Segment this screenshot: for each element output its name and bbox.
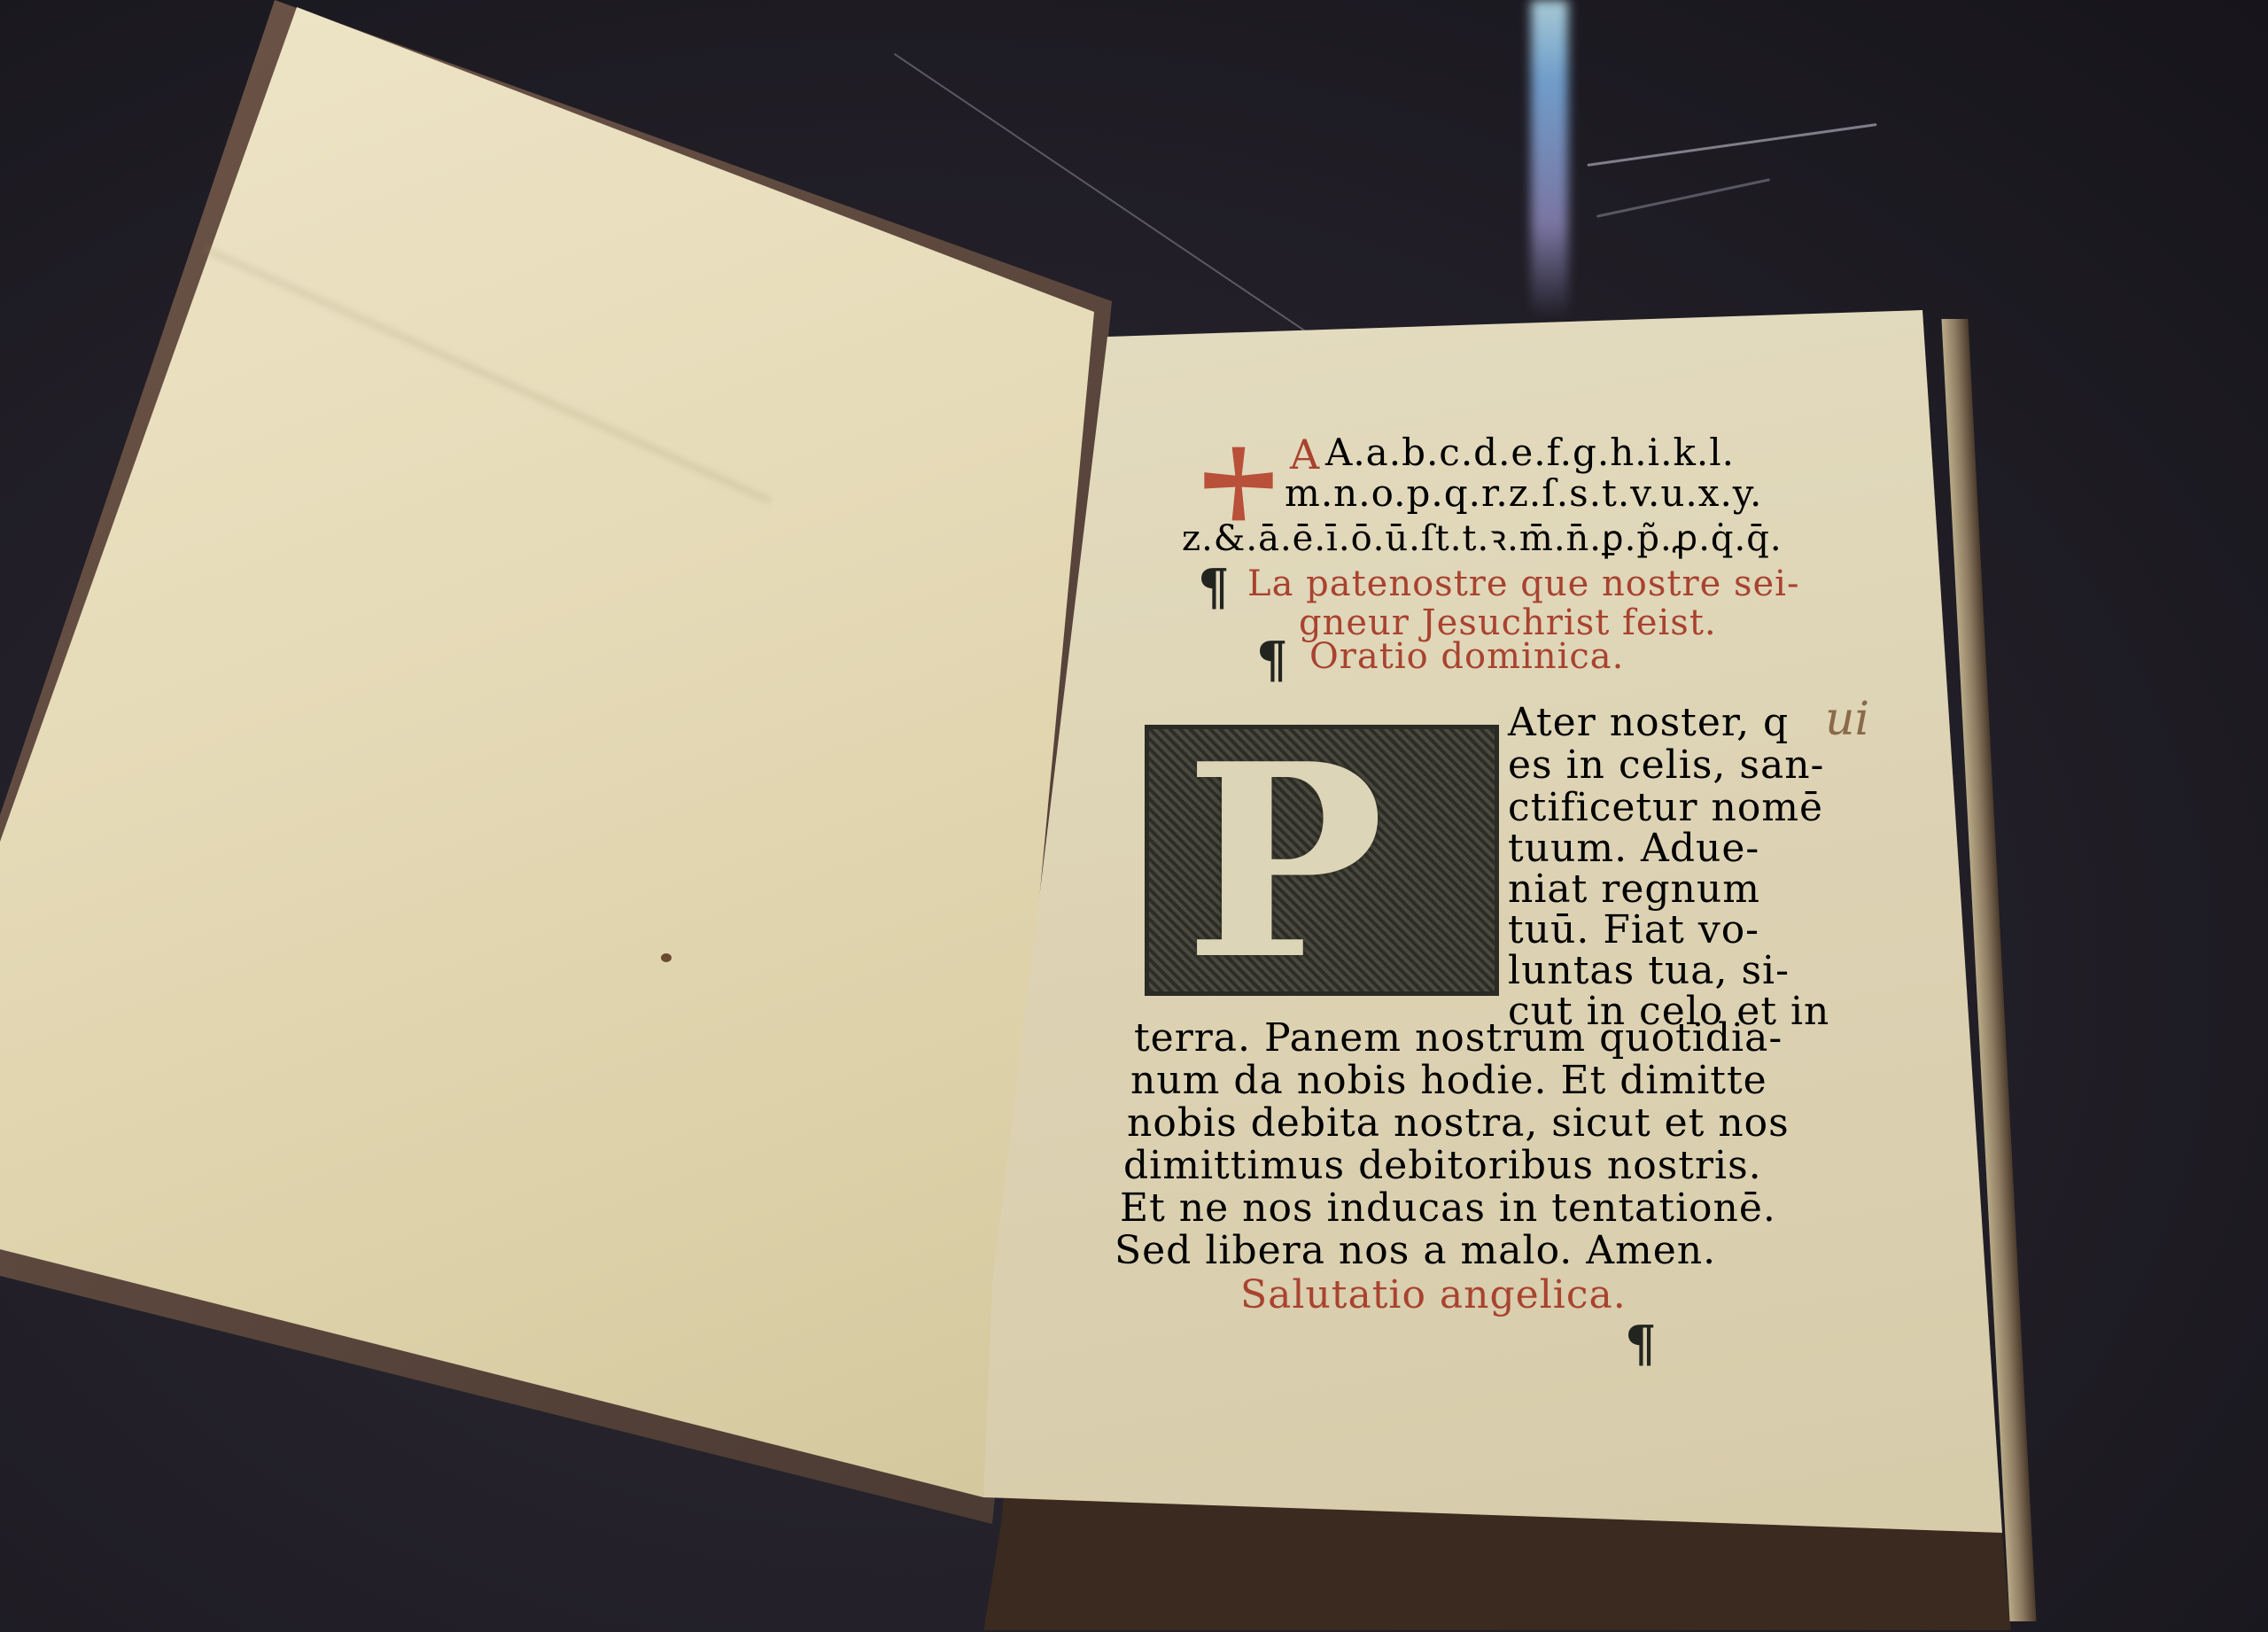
initial-letter-p: P bbox=[1184, 738, 1385, 986]
handwritten-marginalia: ui bbox=[1825, 693, 1869, 746]
prayer-line: Ater noster, q bbox=[1508, 700, 1789, 745]
prayer-line: Sed libera nos a malo. Amen. bbox=[1115, 1228, 1716, 1273]
prayer-line: ctificetur nomē bbox=[1508, 785, 1823, 830]
prayer-line: tuū. Fiat vo- bbox=[1508, 907, 1759, 952]
paragraph-mark-icon: ¶ bbox=[1198, 558, 1231, 617]
prayer-line: Et ne nos inducas in tentationē. bbox=[1120, 1185, 1776, 1231]
alphabet-line-1: A.a.b.c.d.e.f.g.h.i.k.l. bbox=[1325, 431, 1735, 474]
light-glare bbox=[1531, 0, 1568, 319]
alphabet-line-3: z.&.ā.ē.ī.ō.ū.ſt.t.ꝛ.m̄.n̄.ꝑ.p̃.ꝓ.q̇.q̄. bbox=[1182, 512, 1783, 561]
prayer-line: luntas tua, si- bbox=[1508, 948, 1790, 993]
rubric-subtitle: Oratio dominica. bbox=[1309, 636, 1624, 677]
prayer-line: dimittimus debitoribus nostris. bbox=[1123, 1143, 1762, 1188]
foxing-spot bbox=[661, 953, 672, 962]
prayer-line: num da nobis hodie. Et dimitte bbox=[1130, 1058, 1767, 1103]
paragraph-mark-icon: ¶ bbox=[1256, 631, 1289, 689]
rubric-line-1: La patenostre que nostre sei- bbox=[1247, 563, 1800, 604]
glass-scratch bbox=[1587, 123, 1876, 167]
prayer-line: nobis debita nostra, sicut et nos bbox=[1127, 1100, 1790, 1146]
glass-scratch bbox=[1596, 178, 1770, 218]
prayer-line: niat regnum bbox=[1508, 867, 1760, 912]
paragraph-mark-icon: ¶ bbox=[1625, 1315, 1658, 1373]
prayer-line: tuum. Adue- bbox=[1508, 826, 1759, 871]
decorated-initial: P bbox=[1145, 725, 1499, 996]
prayer-line: terra. Panem nostrum quotidia- bbox=[1134, 1015, 1783, 1061]
closing-rubric: Salutatio angelica. bbox=[1240, 1272, 1627, 1317]
photo-scene: A A.a.b.c.d.e.f.g.h.i.k.l. m.n.o.p.q.r.z… bbox=[0, 0, 2268, 1632]
prayer-line: es in celis, san- bbox=[1508, 742, 1824, 788]
alphabet-line-2: m.n.o.p.q.r.z.ſ.s.t.v.u.x.y. bbox=[1285, 471, 1762, 515]
